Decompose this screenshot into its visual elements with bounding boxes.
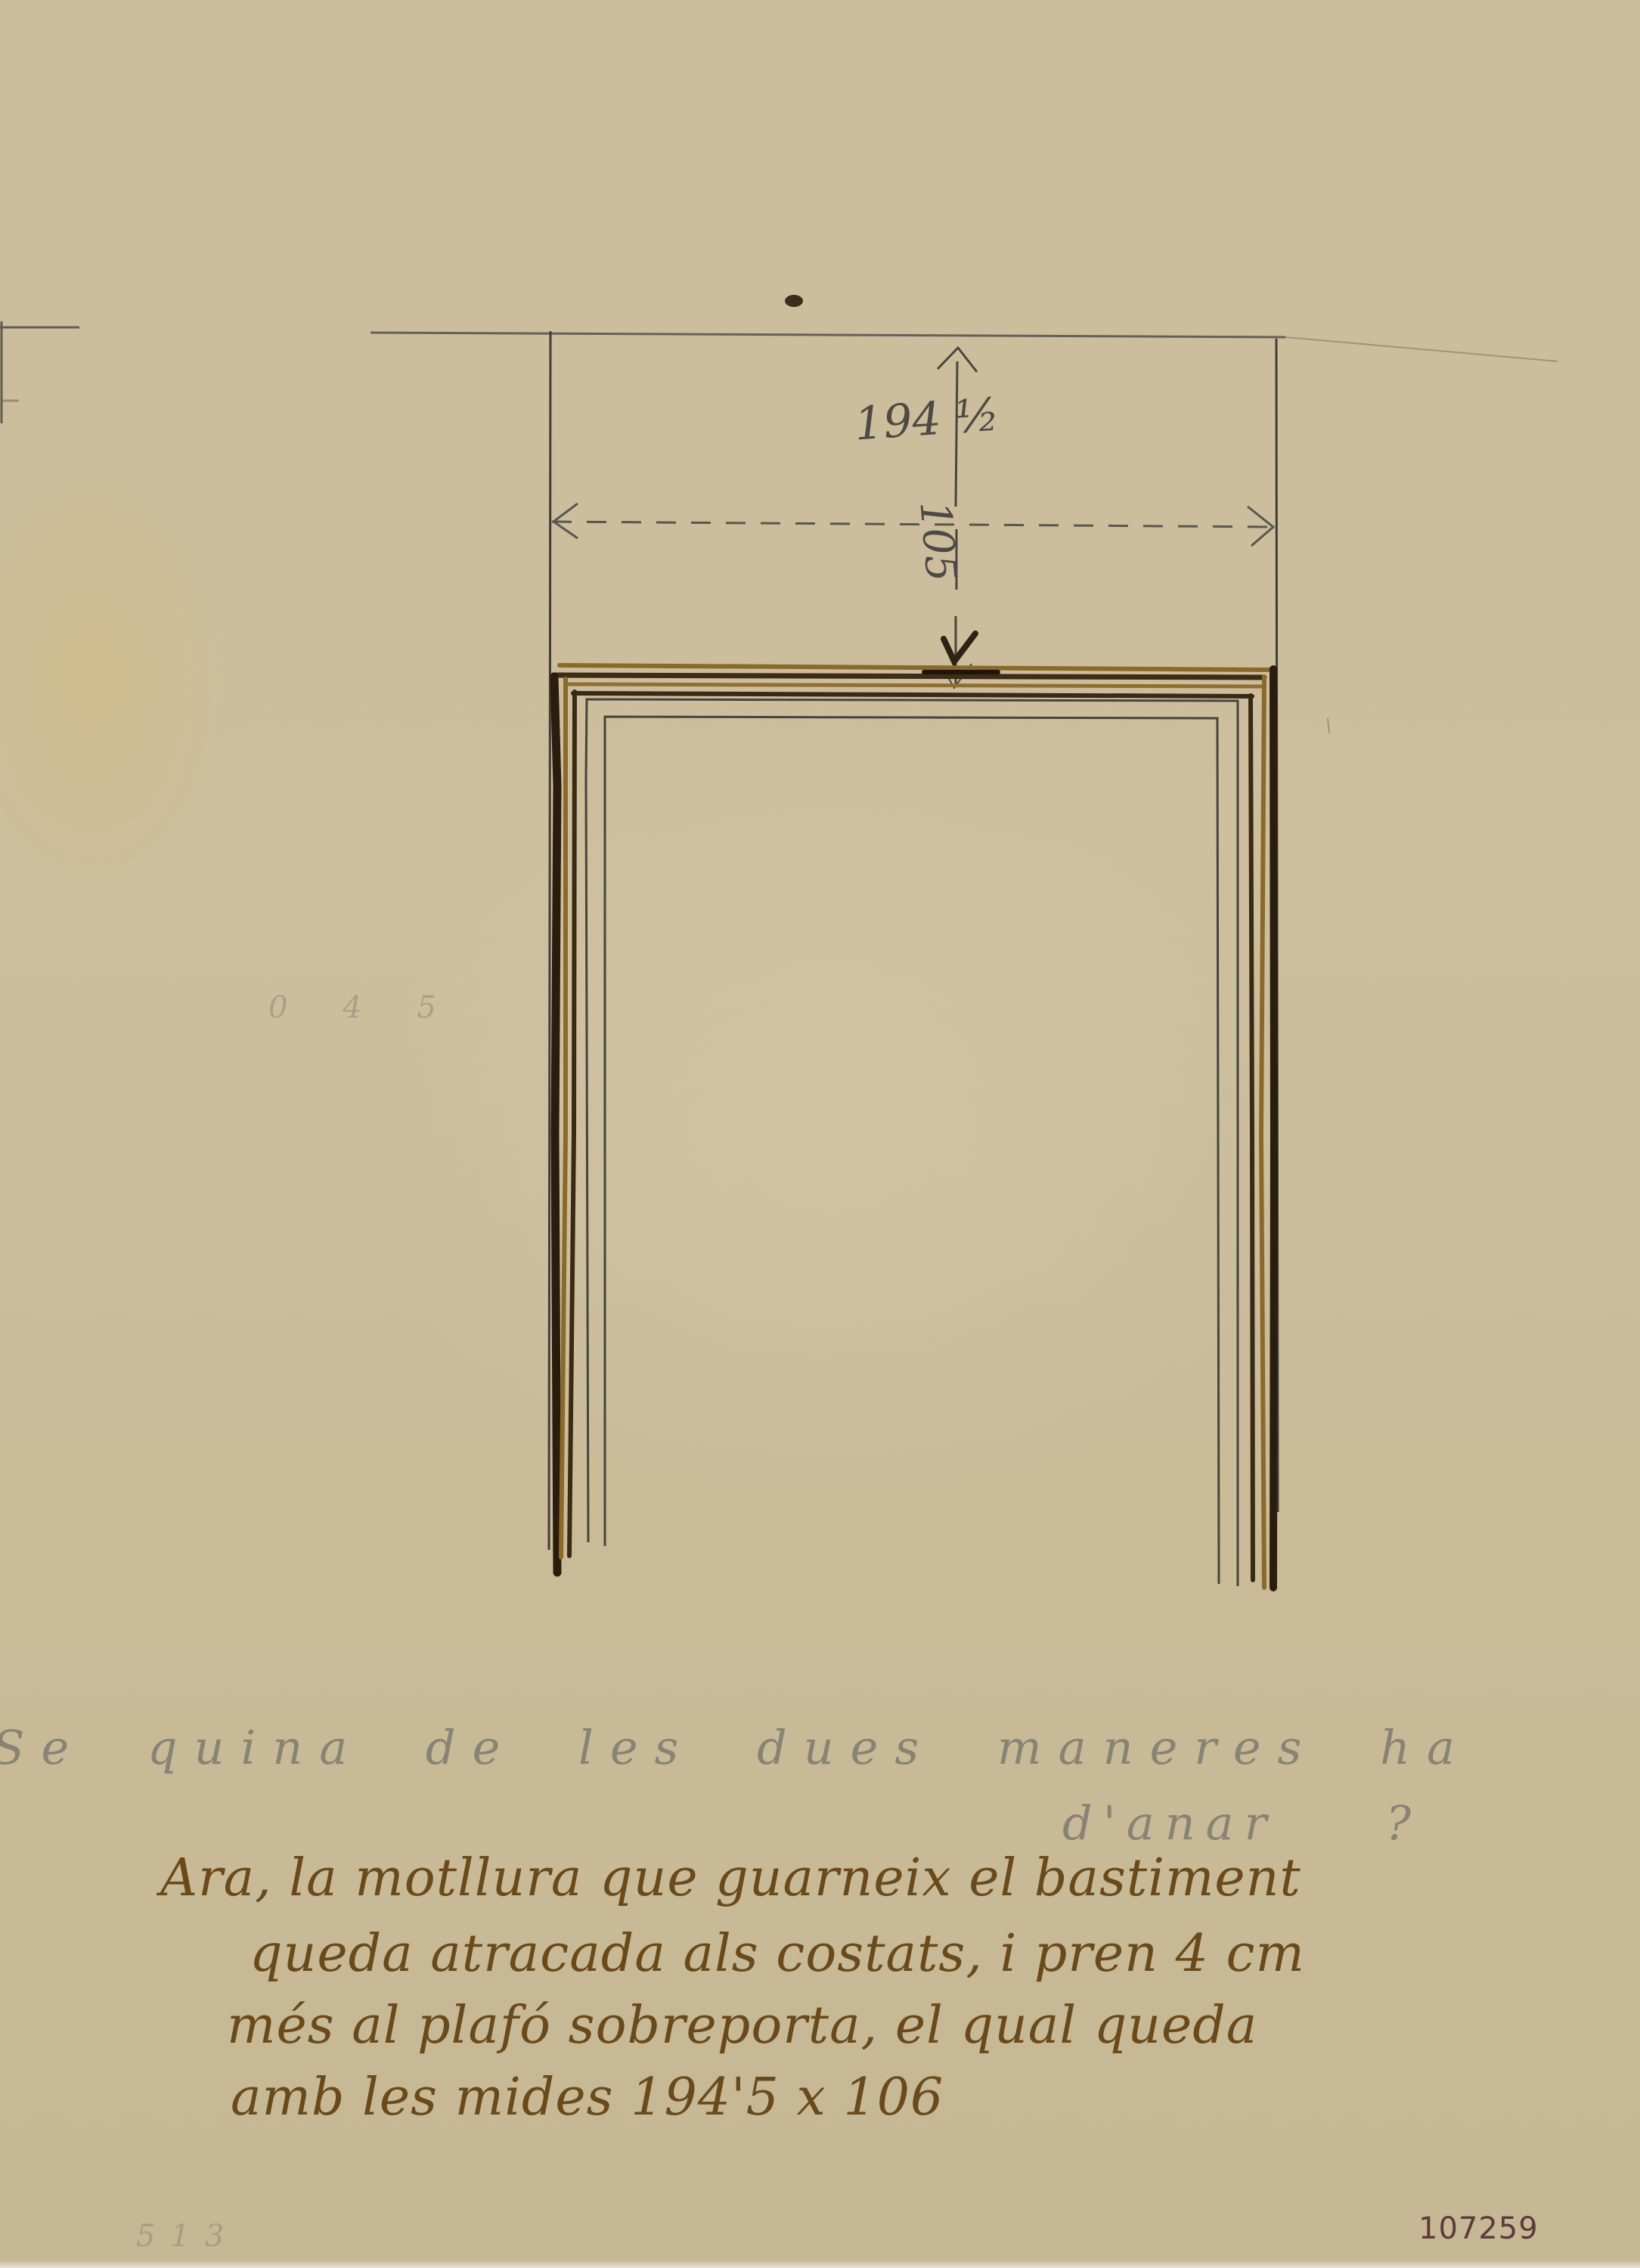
faint-mark-bottom-left: 513	[136, 2219, 239, 2254]
faint-mark-left: 0 4 5	[268, 990, 459, 1025]
ink-spot	[785, 295, 803, 307]
ink-note-line4: amb les mides 194'5 x 106	[231, 2068, 944, 2127]
ink-check-mark	[944, 634, 975, 661]
paper-bottom-edge	[0, 2260, 1640, 2268]
catalog-number: 107259	[1418, 2211, 1539, 2246]
pencil-question-line2: d'anar ?	[1062, 1795, 1421, 1851]
left-margin-marks	[0, 321, 79, 423]
inner-pencil-frame	[586, 699, 1238, 1586]
ink-note-line2: queda atracada als costats, i pren 4 cm	[250, 1924, 1305, 1984]
width-dimension-label: 194 ½	[853, 388, 1001, 451]
pencil-question-line1: Se quina de les dues maneres ha	[0, 1720, 1471, 1775]
ink-note-line1: Ara, la motllura que guarneix el bastime…	[160, 1848, 1301, 1908]
ink-note-line3: més al plafó sobreporta, el qual queda	[227, 1996, 1257, 2056]
height-dimension-label: 105	[910, 499, 966, 584]
ink-frame	[553, 665, 1274, 1588]
